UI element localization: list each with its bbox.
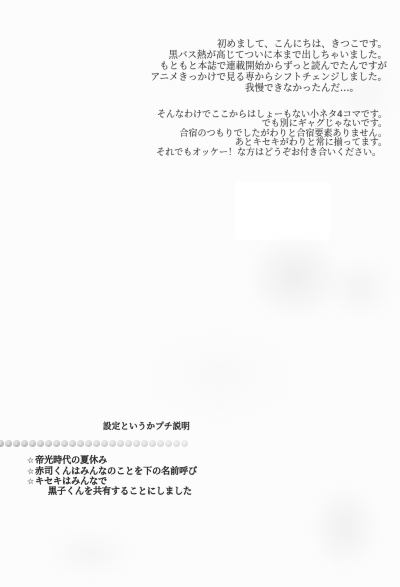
paper-texture-patch — [45, 528, 135, 578]
bullet-continuation-text: 黒子くんを共有することにしました — [27, 488, 197, 498]
scanned-afterword-page: 初めまして、こんにちは、きつこです。 黒バス熱が高じてついに本まで出しちゃいまし… — [0, 0, 400, 587]
bullet-text: キセキはみんなで — [35, 477, 107, 487]
dot-divider — [0, 440, 189, 449]
section-heading: 設定というかプチ説明 — [103, 420, 190, 432]
intro-paragraph: 初めまして、こんにちは、きつこです。 黒バス熱が高じてついに本まで出しちゃいまし… — [150, 39, 387, 94]
paper-texture-patch — [310, 485, 380, 570]
bullet-list: ☆帝光時代の夏休み ☆赤司くんはみんなのことを下の名前呼び ☆キセキはみんなで … — [27, 456, 197, 497]
intro-line: 黒バス熱が高じてついに本まで出しちゃいました。 — [150, 50, 387, 61]
paper-texture-patch — [150, 330, 290, 420]
body-line: それでもオッケー！な方はどうぞお付き合いください。 — [156, 149, 387, 158]
intro-line: アニメきっかけで見る専からシフトチェンジしました。 — [150, 72, 387, 83]
intro-line: 初めまして、こんにちは、きつこです。 — [150, 39, 387, 50]
star-bullet-icon: ☆ — [26, 466, 34, 476]
body-paragraph: そんなわけでここからはしょーもない小ネタ4コマです。 でも別にギャグじゃないです… — [156, 111, 387, 158]
intro-line: 我慢できなかったんだ…。 — [150, 83, 387, 94]
intro-line: もともと本誌で連載開始からずっと読んでたんですが — [150, 61, 387, 72]
star-bullet-icon: ☆ — [26, 456, 34, 466]
star-bullet-icon: ☆ — [26, 477, 34, 487]
bullet-text: 赤司くんはみんなのことを下の名前呼び — [35, 467, 197, 477]
paper-texture-patch — [235, 182, 330, 240]
list-item: ☆帝光時代の夏休み — [27, 456, 197, 467]
bullet-text: 帝光時代の夏休み — [35, 456, 107, 466]
paper-texture-patch — [325, 255, 395, 320]
paper-texture-patch — [245, 232, 345, 322]
list-item: ☆赤司くんはみんなのことを下の名前呼び — [27, 467, 197, 478]
